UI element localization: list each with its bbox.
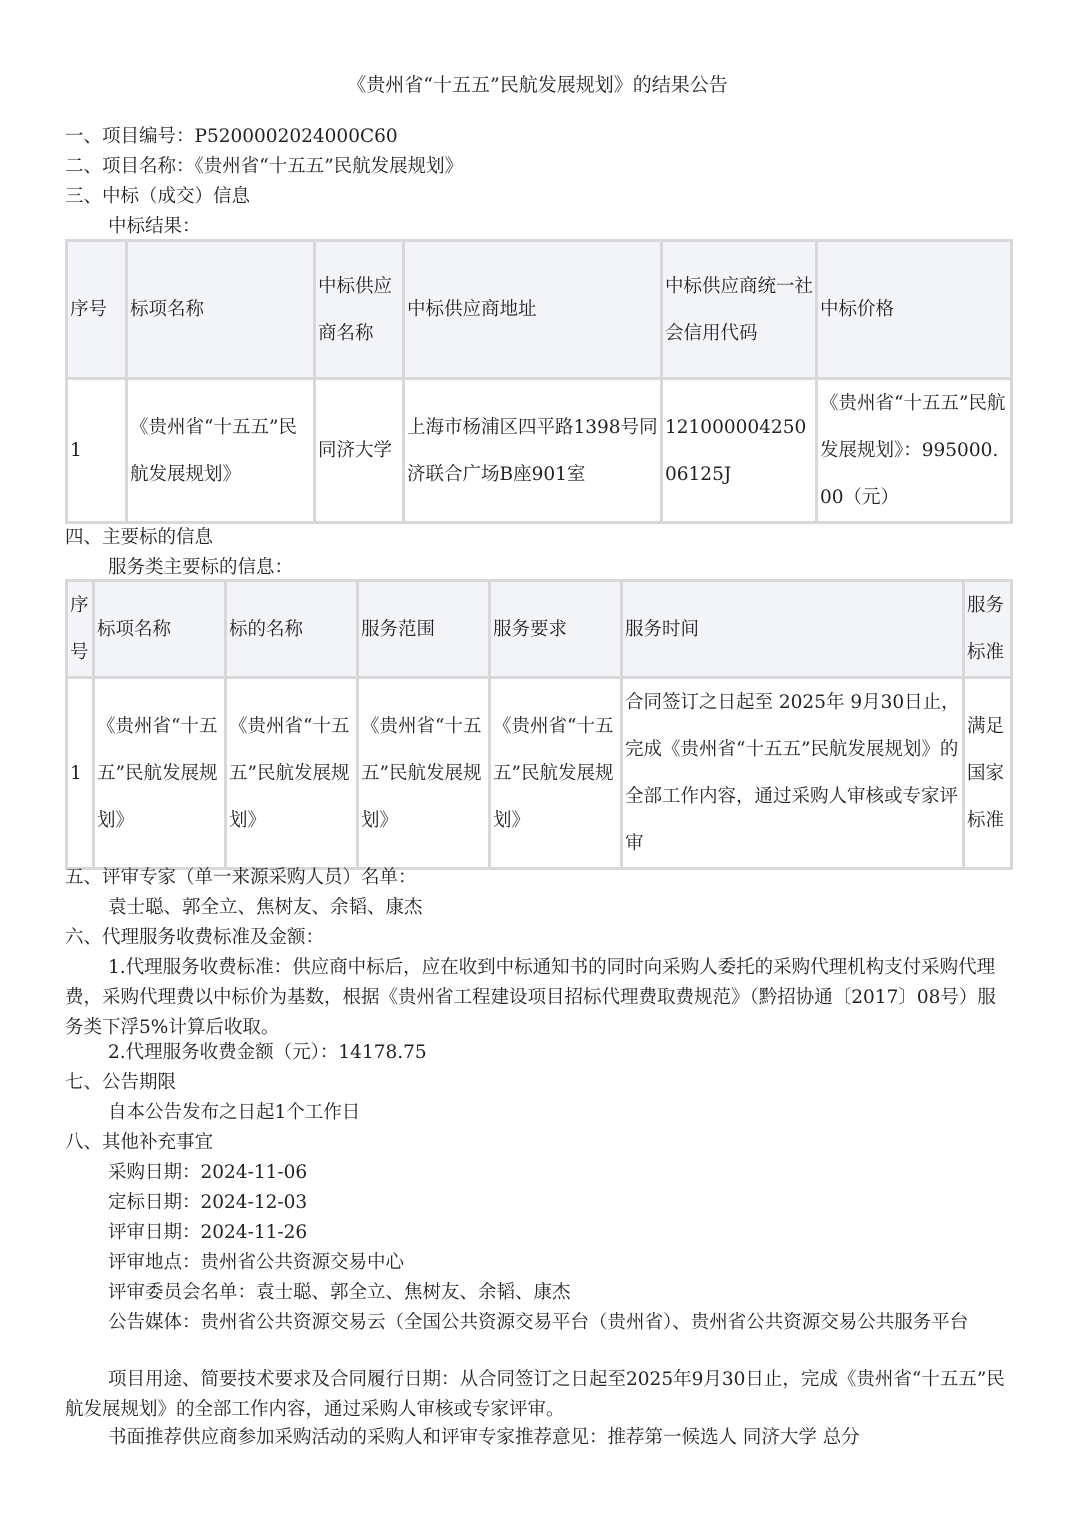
review-location: 评审地点：贵州省公共资源交易中心 <box>65 1248 404 1278</box>
cell-time: 合同签订之日起至 2025年 9月30日止，完成《贵州省“十五五”民航发展规划》… <box>622 678 964 869</box>
header-credit-code: 中标供应商统一社会信用代码 <box>662 241 817 379</box>
purchase-date: 采购日期：2024-11-06 <box>65 1158 307 1188</box>
cell-subject-name: 《贵州省“十五五”民航发展规划》 <box>226 678 358 869</box>
cell-item-name: 《贵州省“十五五”民航发展规划》 <box>127 379 315 523</box>
header-index: 序号 <box>67 581 94 678</box>
award-result-label: 中标结果： <box>65 212 201 242</box>
announcement-media: 公告媒体：贵州省公共资源交易云（全国公共资源交易平台（贵州省）、贵州省公共资源交… <box>65 1308 1010 1338</box>
header-item-name: 标项名称 <box>94 581 226 678</box>
project-purpose: 项目用途、简要技术要求及合同履行日期：从合同签订之日起至2025年9月30日止，… <box>65 1365 1010 1425</box>
cell-index: 1 <box>67 678 94 869</box>
page-title: 《贵州省“十五五”民航发展规划》的结果公告 <box>65 70 1010 97</box>
project-number: 一、项目编号：P5200002024000C60 <box>65 122 398 152</box>
header-subject-name: 标的名称 <box>226 581 358 678</box>
section-experts: 五、评审专家（单一来源采购人员）名单： <box>65 863 417 893</box>
agency-fee-standard: 1.代理服务收费标准：供应商中标后，应在收到中标通知书的同时向采购人委托的采购代… <box>65 953 1010 1043</box>
table-row: 1 《贵州省“十五五”民航发展规划》 《贵州省“十五五”民航发展规划》 《贵州省… <box>67 678 1012 869</box>
award-table-header: 序号 标项名称 中标供应商名称 中标供应商地址 中标供应商统一社会信用代码 中标… <box>67 241 1012 379</box>
cell-item-name: 《贵州省“十五五”民航发展规划》 <box>94 678 226 869</box>
header-price: 中标价格 <box>817 241 1012 379</box>
award-table: 序号 标项名称 中标供应商名称 中标供应商地址 中标供应商统一社会信用代码 中标… <box>65 239 1013 524</box>
cell-credit-code: 12100000425006125J <box>662 379 817 523</box>
review-date: 评审日期：2024-11-26 <box>65 1218 307 1248</box>
cell-index: 1 <box>67 379 127 523</box>
cell-scope: 《贵州省“十五五”民航发展规划》 <box>358 678 490 869</box>
section-award-info: 三、中标（成交）信息 <box>65 182 250 212</box>
header-time: 服务时间 <box>622 581 964 678</box>
header-supplier: 中标供应商名称 <box>315 241 404 379</box>
header-item-name: 标项名称 <box>127 241 315 379</box>
cell-supplier: 同济大学 <box>315 379 404 523</box>
cell-standard: 满足国家标准 <box>964 678 1012 869</box>
header-standard: 服务标准 <box>964 581 1012 678</box>
cell-price: 《贵州省“十五五”民航发展规划》：995000.00（元） <box>817 379 1012 523</box>
agency-fee-amount: 2.代理服务收费金额（元）：14178.75 <box>65 1038 427 1068</box>
supplier-recommendation: 书面推荐供应商参加采购活动的采购人和评审专家推荐意见：推荐第一候选人 同济大学 … <box>65 1423 860 1453</box>
service-table-header: 序号 标项名称 标的名称 服务范围 服务要求 服务时间 服务标准 <box>67 581 1012 678</box>
review-committee: 评审委员会名单：袁士聪、郭全立、焦树友、余韬、康杰 <box>65 1278 571 1308</box>
table-row: 1 《贵州省“十五五”民航发展规划》 同济大学 上海市杨浦区四平路1398号同济… <box>67 379 1012 523</box>
cell-address: 上海市杨浦区四平路1398号同济联合广场B座901室 <box>404 379 662 523</box>
header-index: 序号 <box>67 241 127 379</box>
header-requirement: 服务要求 <box>490 581 622 678</box>
section-other-matters: 八、其他补充事宜 <box>65 1128 213 1158</box>
award-date: 定标日期：2024-12-03 <box>65 1188 307 1218</box>
expert-names: 袁士聪、郭全立、焦树友、余韬、康杰 <box>65 893 423 923</box>
section-main-subject: 四、主要标的信息 <box>65 523 213 553</box>
project-name: 二、项目名称：《贵州省“十五五”民航发展规划》 <box>65 152 463 182</box>
section-agency-fee: 六、代理服务收费标准及金额： <box>65 923 324 953</box>
header-scope: 服务范围 <box>358 581 490 678</box>
header-address: 中标供应商地址 <box>404 241 662 379</box>
section-notice-period: 七、公告期限 <box>65 1068 176 1098</box>
notice-period-text: 自本公告发布之日起1个工作日 <box>65 1098 360 1128</box>
service-table: 序号 标项名称 标的名称 服务范围 服务要求 服务时间 服务标准 1 《贵州省“… <box>65 579 1013 870</box>
cell-requirement: 《贵州省“十五五”民航发展规划》 <box>490 678 622 869</box>
